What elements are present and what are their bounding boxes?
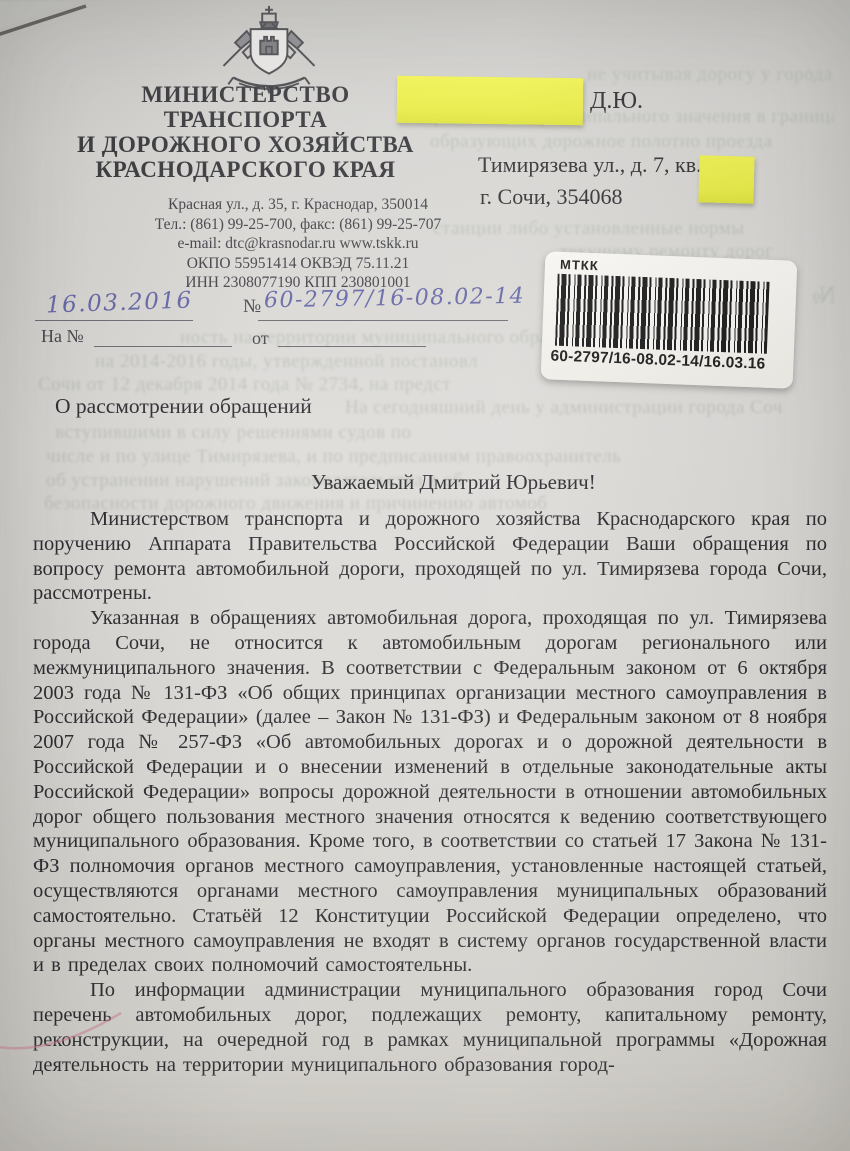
number-underline bbox=[258, 320, 508, 321]
page-corner-fold-mark bbox=[0, 0, 104, 45]
reply-number-underline bbox=[94, 346, 232, 347]
body-paragraph: Министерством транспорта и дорожного хоз… bbox=[33, 507, 827, 606]
handwritten-date: 16.03.2016 bbox=[46, 287, 194, 318]
subject-line: О рассмотрении обращений bbox=[55, 394, 312, 419]
bleed-fragment: числе и по улице Тимирязева, и по предпи… bbox=[46, 446, 834, 468]
letterhead-contact-block: Красная ул., д. 35, г. Краснодар, 350014… bbox=[78, 195, 518, 293]
salutation: Уважаемый Дмитрий Юрьевич! bbox=[311, 470, 596, 495]
reply-date-underline bbox=[278, 346, 426, 347]
sticky-note-apartment-redaction bbox=[698, 155, 754, 203]
org-name-line: И ДОРОЖНОГО ХОЗЯЙСТВА bbox=[18, 132, 473, 157]
barcode-sticker: МТКК 60-2797/16-08.02-14/16.03.16 bbox=[541, 251, 798, 389]
recipient-address-city: г. Сочи, 354068 bbox=[480, 184, 622, 210]
bleed-fragment: Сочи от 12 декабря 2014 года № 2734, на … bbox=[38, 374, 543, 396]
pen-scratch-mark bbox=[0, 985, 166, 1075]
bleed-fragment: № bbox=[796, 282, 836, 310]
scanned-letter-page: не учитывая дорогу у города требования м… bbox=[0, 0, 850, 1151]
letterhead-phone: Тел.: (861) 99-25-700, факс: (861) 99-25… bbox=[78, 215, 518, 235]
org-name-line: КРАСНОДАРСКОГО КРАЯ bbox=[18, 157, 473, 182]
recipient-address-street: Тимирязева ул., д. 7, кв. bbox=[478, 152, 702, 178]
bleed-fragment: На сегодняшний день у администрации горо… bbox=[345, 397, 835, 419]
reply-from-label: от bbox=[252, 328, 269, 349]
handwritten-outgoing-number: 60-2797/16-08.02-14 bbox=[264, 284, 526, 314]
letterhead-address: Красная ул., д. 35, г. Краснодар, 350014 bbox=[78, 195, 518, 215]
barcode-icon bbox=[555, 274, 770, 354]
body-paragraph: Указанная в обращениях автомобильная дор… bbox=[33, 606, 827, 978]
sticky-note-name-redaction bbox=[397, 76, 584, 126]
coat-of-arms-icon bbox=[205, 2, 333, 94]
recipient-initials: Д.Ю. bbox=[590, 88, 643, 115]
reply-to-number-label: На № bbox=[41, 326, 84, 347]
letterhead-email: e-mail: dtc@krasnodar.ru www.tskk.ru bbox=[78, 234, 518, 254]
number-sign-label: № bbox=[243, 296, 261, 318]
bleed-fragment: не учитывая дорогу у города bbox=[587, 64, 832, 86]
letterhead-okpo: ОКПО 55951414 ОКВЭД 75.11.21 bbox=[78, 254, 518, 274]
bleed-fragment: вступившими в силу решениями судов по bbox=[55, 422, 833, 444]
bleed-fragment: образующих дорожное полотно проезда bbox=[430, 131, 830, 153]
date-underline bbox=[35, 320, 193, 321]
barcode-org-code: МТКК bbox=[560, 257, 599, 273]
